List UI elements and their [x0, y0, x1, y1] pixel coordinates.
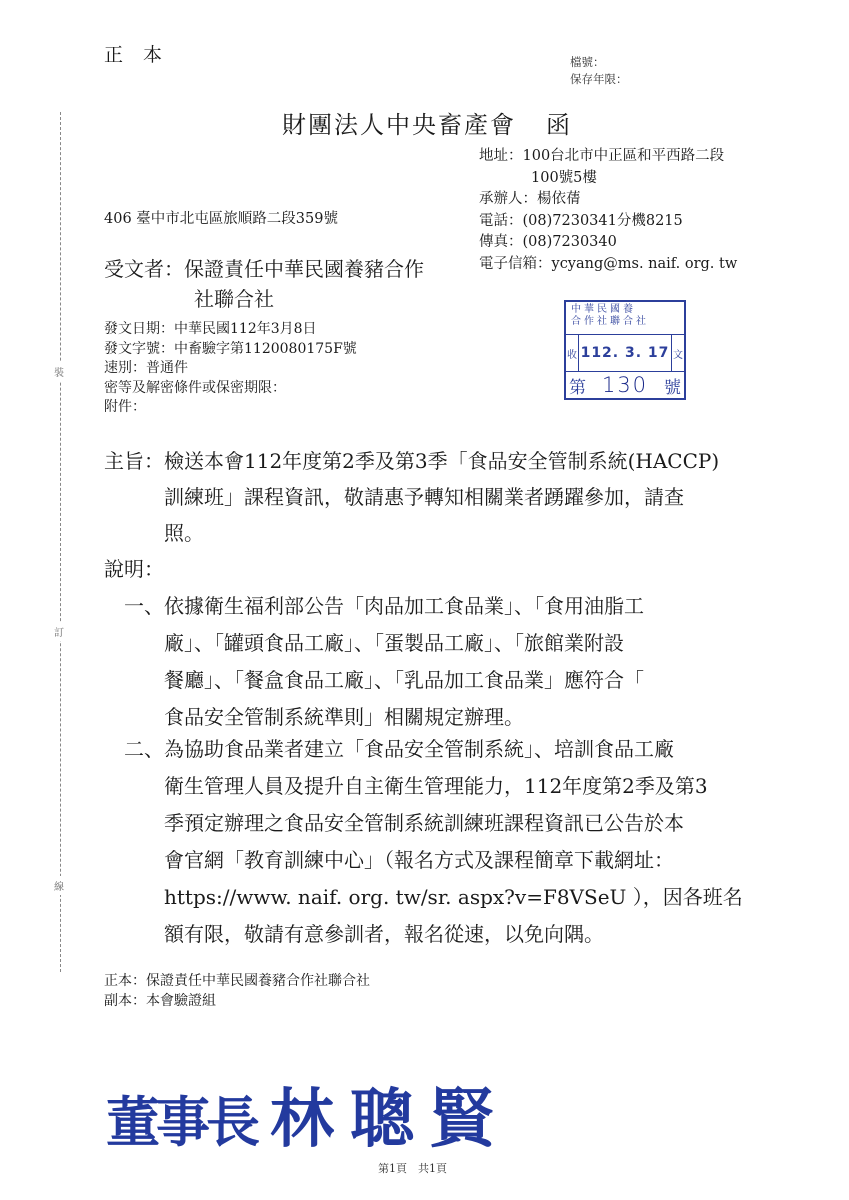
- recipient: 受文者：保證責任中華民國養豬合作 社聯合社: [104, 254, 424, 314]
- sender-info: 地址：100台北市中正區和平西路二段 100號5樓 承辦人：楊依蒨 電話：(08…: [479, 146, 737, 275]
- stamp-number: 130: [602, 373, 648, 397]
- binding-char-xian: 線: [54, 876, 64, 895]
- subject-line: 訓練班」課程資訊，敬請惠予轉知相關業者踴躍參加，請查: [104, 479, 719, 515]
- signature: 董事長林聰賢: [106, 1068, 510, 1160]
- item-line: 季預定辦理之食品安全管制系統訓練班課程資訊已公告於本: [124, 805, 743, 842]
- stamp-prefix: 第: [569, 373, 586, 398]
- doc-kind: 函: [546, 111, 572, 139]
- recipient-name: 保證責任中華民國養豬合作: [184, 257, 424, 281]
- document-title: 財團法人中央畜產會函: [282, 105, 572, 140]
- item-marker: 一、: [124, 594, 164, 618]
- item-line: 為協助食品業者建立「食品安全管制系統」、培訓食品工廠: [164, 737, 674, 761]
- stamp-right-char: 文: [672, 346, 684, 361]
- sender-address-cont: 100號5樓: [479, 168, 737, 190]
- document-meta: 發文日期：中華民國112年3月8日 發文字號：中畜驗字第1120080175F號…: [104, 320, 357, 418]
- subject-label: 主旨：: [104, 449, 164, 473]
- received-stamp: 中華民國養 合作社聯合社 收 112. 3. 17 文 第 130 號: [564, 300, 686, 400]
- recipient-label: 受文者：: [104, 257, 184, 281]
- binding-line: [60, 112, 61, 972]
- item-line: 衛生管理人員及提升自主衛生管理能力，112年度第2季及第3: [124, 768, 743, 805]
- page-number: 第1頁 共1頁: [378, 1160, 447, 1176]
- speed: 速別：普通件: [104, 359, 357, 379]
- subject-line: 檢送本會112年度第2季及第3季「食品安全管制系統(HACCP): [164, 449, 719, 473]
- retention-period: 保存年限：: [570, 71, 628, 88]
- explanation-label: 說明：: [104, 551, 164, 587]
- explanation-item-1: 一、依據衛生福利部公告「肉品加工食品業」、「食用油脂工 廠」、「罐頭食品工廠」、…: [124, 588, 644, 736]
- recipient-address: 406 臺中市北屯區旅順路二段359號: [104, 207, 338, 228]
- sender-phone: 電話：(08)7230341分機8215: [479, 211, 737, 233]
- sender-contact: 承辦人：楊依蒨: [479, 189, 737, 211]
- subject: 主旨：檢送本會112年度第2季及第3季「食品安全管制系統(HACCP) 訓練班」…: [104, 443, 719, 551]
- stamp-left-char: 收: [566, 346, 578, 361]
- item-marker: 二、: [124, 737, 164, 761]
- registration-url[interactable]: https://www. naif. org. tw/sr. aspx?v=F8…: [124, 879, 743, 916]
- sender-address: 地址：100台北市中正區和平西路二段: [479, 146, 737, 168]
- binding-char-zhuang: 裝: [54, 362, 64, 381]
- sender-email: 電子信箱：ycyang@ms. naif. org. tw: [479, 254, 737, 276]
- item-line: 依據衛生福利部公告「肉品加工食品業」、「食用油脂工: [164, 594, 644, 618]
- distribution: 正本：保證責任中華民國養豬合作社聯合社 副本：本會驗證組: [104, 972, 370, 1011]
- item-line: 會官網「教育訓練中心」（報名方式及課程簡章下載網址：: [124, 842, 743, 879]
- copy-recipient: 副本：本會驗證組: [104, 992, 370, 1012]
- subject-line: 照。: [104, 515, 719, 551]
- stamp-suffix: 號: [664, 373, 681, 398]
- issue-number: 發文字號：中畜驗字第1120080175F號: [104, 340, 357, 360]
- stamp-date: 112. 3. 17: [578, 335, 672, 371]
- item-line: 廠」、「罐頭食品工廠」、「蛋製品工廠」、「旅館業附設: [124, 625, 644, 662]
- signature-title: 董事長: [106, 1090, 256, 1154]
- stamp-org: 中華民國養 合作社聯合社: [566, 302, 684, 335]
- attachment: 附件：: [104, 398, 357, 418]
- item-line: 餐廳」、「餐盒食品工廠」、「乳品加工食品業」應符合「: [124, 662, 644, 699]
- binding-char-ding: 訂: [54, 622, 64, 641]
- issue-date: 發文日期：中華民國112年3月8日: [104, 320, 357, 340]
- file-meta: 檔號： 保存年限：: [570, 54, 628, 88]
- explanation-item-2: 二、為協助食品業者建立「食品安全管制系統」、培訓食品工廠 衛生管理人員及提升自主…: [124, 731, 743, 953]
- recipient-name-cont: 社聯合社: [104, 284, 424, 314]
- org-name: 財團法人中央畜產會: [282, 111, 516, 139]
- copy-mark: 正本: [104, 40, 182, 67]
- confidentiality: 密等及解密條件或保密期限：: [104, 379, 357, 399]
- item-line: 額有限，敬請有意參訓者，報名從速，以免向隅。: [124, 916, 743, 953]
- sender-fax: 傳真：(08)7230340: [479, 232, 737, 254]
- file-number: 檔號：: [570, 54, 628, 71]
- signature-name: 林聰賢: [270, 1082, 510, 1157]
- original-recipient: 正本：保證責任中華民國養豬合作社聯合社: [104, 972, 370, 992]
